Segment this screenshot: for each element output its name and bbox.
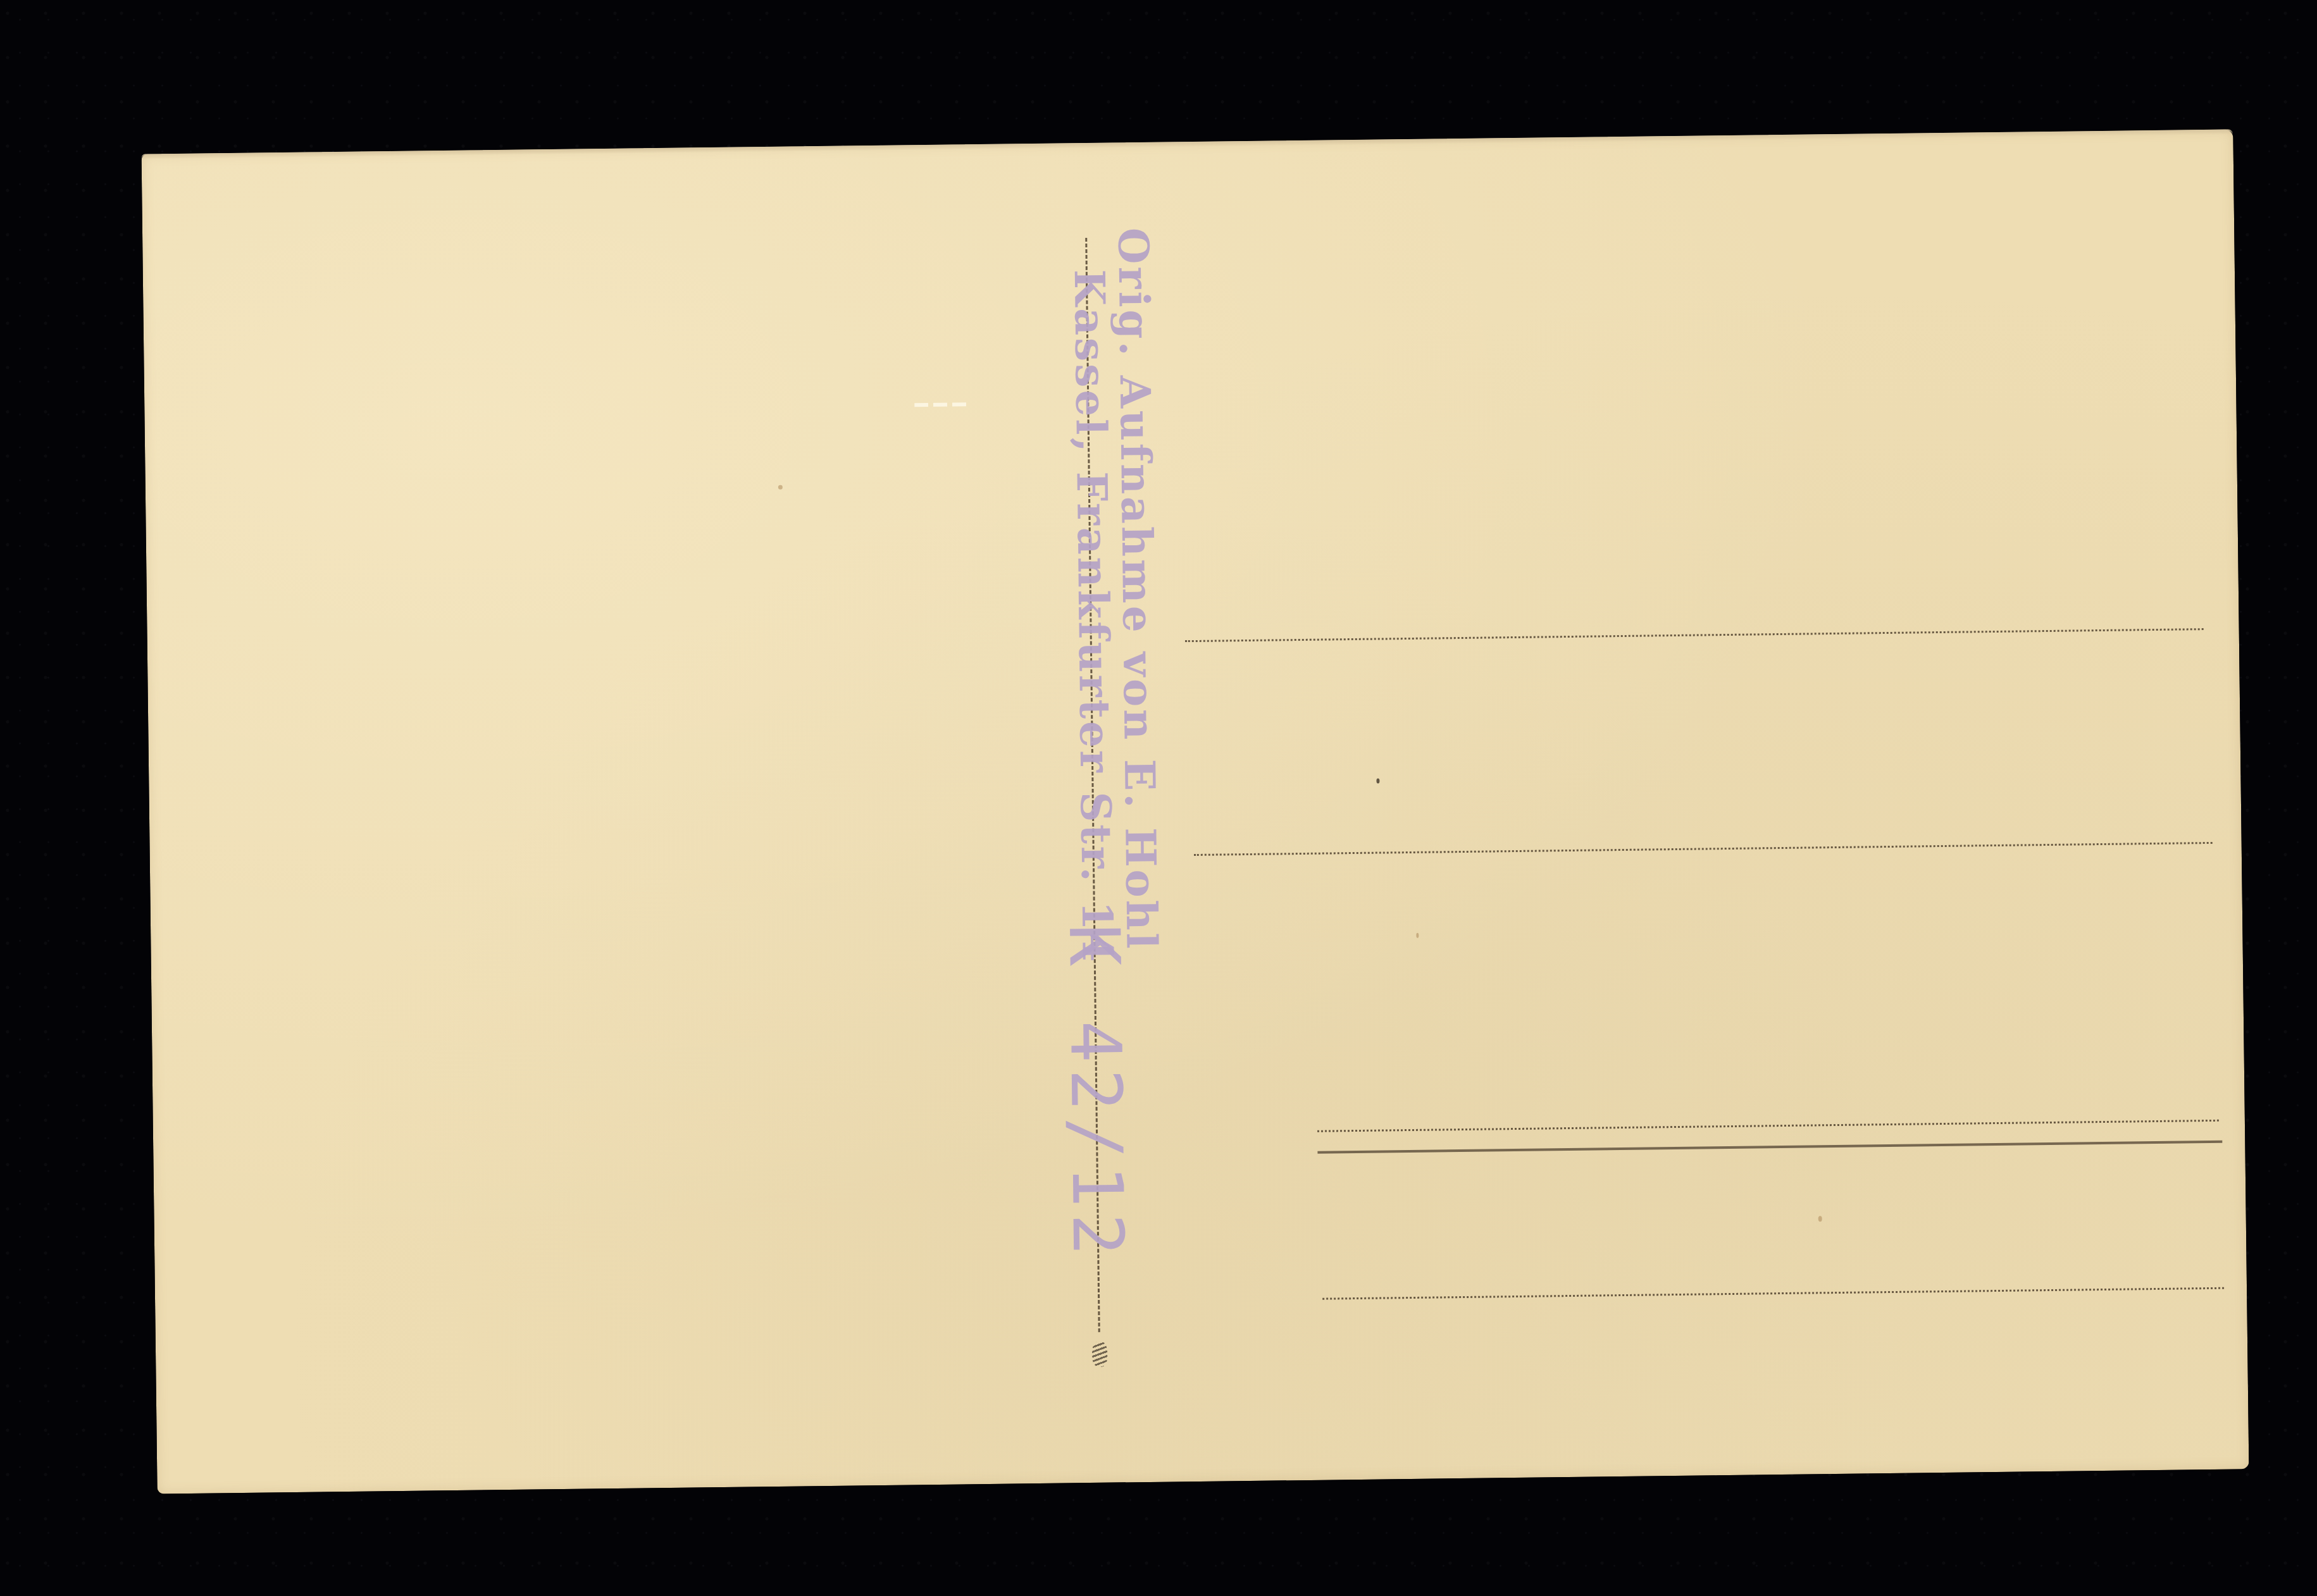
foxing-spot (1416, 933, 1419, 938)
address-line-2 (1194, 842, 2213, 856)
address-line-5 (1322, 1287, 2224, 1300)
foxing-spot (778, 485, 783, 490)
address-line-3 (1317, 1120, 2219, 1132)
address-line-1 (1185, 628, 2204, 642)
card-reference-code: K 42/12 (1053, 924, 1138, 1262)
address-line-4-solid (1317, 1141, 2222, 1154)
divider-end-ornament (1092, 1342, 1107, 1367)
ink-speck (1376, 779, 1379, 784)
postcard-back: Orig. Aufnahme von E. Hohl Kassel, Frank… (142, 129, 2249, 1494)
embossed-mark (914, 402, 968, 407)
foxing-spot (1818, 1216, 1822, 1222)
photographer-stamp-line-2: Kassel, Frankfurter Str. 14 (1065, 269, 1122, 964)
